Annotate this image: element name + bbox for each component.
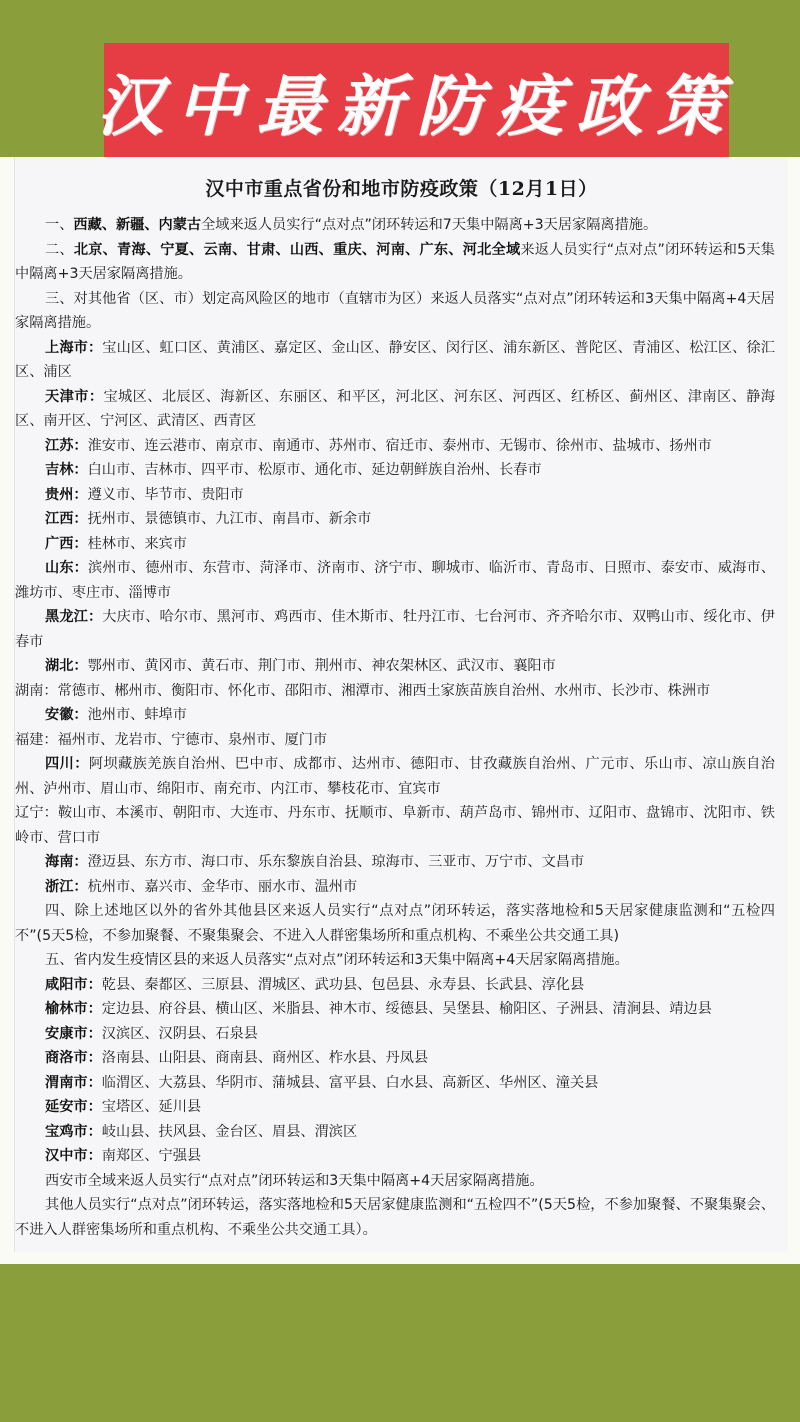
region-label: 汉中市： <box>45 1148 102 1164</box>
document-body: 一、西藏、新疆、内蒙古全域来返人员实行“点对点”闭环转运和7天集中隔离+3天居家… <box>15 213 775 1242</box>
shaanxi-region-row: 宝鸡市：岐山县、扶风县、金台区、眉县、渭滨区 <box>15 1120 775 1145</box>
item-regions: 北京、青海、宁夏、云南、甘肃、山西、重庆、河南、广东、河北全域 <box>74 242 521 258</box>
region-label: 海南： <box>45 854 88 870</box>
region-label: 商洛市： <box>45 1050 102 1066</box>
document-area: 汉中市重点省份和地市防疫政策（12月1日） 一、西藏、新疆、内蒙古全域来返人员实… <box>0 157 800 1264</box>
region-label: 山东： <box>45 560 88 576</box>
title-banner: 汉中最新防疫政策 <box>104 43 729 158</box>
region-areas: 宝城区、北辰区、海新区、东丽区、和平区，河北区、河东区、河西区、红桥区、蓟州区、… <box>15 389 775 430</box>
region-areas: 洛南县、山阳县、商南县、商州区、柞水县、丹凤县 <box>102 1050 428 1066</box>
region-label: 宝鸡市： <box>45 1124 102 1140</box>
region-areas: 福州市、龙岩市、宁德市、泉州市、厦门市 <box>58 732 328 748</box>
region-areas: 澄迈县、东方市、海口市、乐东黎族自治县、琼海市、三亚市、万宁市、文昌市 <box>88 854 585 870</box>
region-label: 上海市： <box>45 340 102 356</box>
region-label: 浙江： <box>45 879 88 895</box>
bottom-background-band <box>0 1264 800 1422</box>
region-areas: 阿坝藏族羌族自治州、巴中市、成都市、达州市、德阳市、甘孜藏族自治州、广元市、乐山… <box>15 756 775 797</box>
region-row: 吉林：白山市、吉林市、四平市、松原市、通化市、延边朝鲜族自治州、长春市 <box>15 458 775 483</box>
region-areas: 汉滨区、汉阴县、石泉县 <box>102 1026 258 1042</box>
region-label: 咸阳市： <box>45 977 102 993</box>
item-text: 四、除上述地区以外的省外其他县区来返人员实行“点对点”闭环转运，落实落地检和5天… <box>15 903 775 944</box>
region-label: 贵州： <box>45 487 88 503</box>
shaanxi-region-row: 汉中市：南郑区、宁强县 <box>15 1144 775 1169</box>
item-regions: 西藏、新疆、内蒙古 <box>73 217 201 233</box>
region-label: 安徽： <box>45 707 88 723</box>
region-row: 天津市：宝城区、北辰区、海新区、东丽区、和平区，河北区、河东区、河西区、红桥区、… <box>15 385 775 434</box>
region-label: 延安市： <box>45 1099 102 1115</box>
others-note: 其他人员实行“点对点”闭环转运，落实落地检和5天居家健康监测和“五检四不”(5天… <box>15 1193 775 1242</box>
region-row: 海南：澄迈县、东方市、海口市、乐东黎族自治县、琼海市、三亚市、万宁市、文昌市 <box>15 850 775 875</box>
region-label: 四川： <box>45 756 89 772</box>
region-areas: 滨州市、德州市、东营市、菏泽市、济南市、济宁市、聊城市、临沂市、青岛市、日照市、… <box>15 560 775 601</box>
policy-item-5: 五、省内发生疫情区县的来返人员落实“点对点”闭环转运和3天集中隔离+4天居家隔离… <box>15 948 775 973</box>
item-prefix: 二、 <box>45 242 74 258</box>
region-label: 湖南： <box>15 683 58 699</box>
policy-item-3: 三、对其他省（区、市）划定高风险区的地市（直辖市为区）来返人员落实“点对点”闭环… <box>15 287 775 336</box>
note-text: 其他人员实行“点对点”闭环转运，落实落地检和5天居家健康监测和“五检四不”(5天… <box>15 1197 775 1238</box>
region-areas: 鞍山市、本溪市、朝阳市、大连市、丹东市、抚顺市、阜新市、葫芦岛市、锦州市、辽阳市… <box>15 805 775 846</box>
region-label: 吉林： <box>45 462 88 478</box>
region-areas: 杭州市、嘉兴市、金华市、丽水市、温州市 <box>88 879 358 895</box>
region-label: 黑龙江： <box>45 609 102 625</box>
region-label: 辽宁： <box>15 805 58 821</box>
document-panel: 汉中市重点省份和地市防疫政策（12月1日） 一、西藏、新疆、内蒙古全域来返人员实… <box>14 157 788 1252</box>
region-areas: 淮安市、连云港市、南京市、南通市、苏州市、宿迁市、泰州市、无锡市、徐州市、盐城市… <box>88 438 712 454</box>
item-text: 五、省内发生疫情区县的来返人员落实“点对点”闭环转运和3天集中隔离+4天居家隔离… <box>45 952 629 968</box>
region-row: 湖北：鄂州市、黄冈市、黄石市、荆门市、荆州市、神农架林区、武汉市、襄阳市 <box>15 654 775 679</box>
shaanxi-region-row: 安康市：汉滨区、汉阴县、石泉县 <box>15 1022 775 1047</box>
policy-item-4: 四、除上述地区以外的省外其他县区来返人员实行“点对点”闭环转运，落实落地检和5天… <box>15 899 775 948</box>
region-row: 浙江：杭州市、嘉兴市、金华市、丽水市、温州市 <box>15 875 775 900</box>
region-areas: 遵义市、毕节市、贵阳市 <box>88 487 244 503</box>
region-label: 渭南市： <box>45 1075 102 1091</box>
xian-note: 西安市全域来返人员实行“点对点”闭环转运和3天集中隔离+4天居家隔离措施。 <box>15 1169 775 1194</box>
region-row: 山东：滨州市、德州市、东营市、菏泽市、济南市、济宁市、聊城市、临沂市、青岛市、日… <box>15 556 775 605</box>
region-label: 安康市： <box>45 1026 102 1042</box>
policy-item-1: 一、西藏、新疆、内蒙古全域来返人员实行“点对点”闭环转运和7天集中隔离+3天居家… <box>15 213 775 238</box>
region-label: 江苏： <box>45 438 88 454</box>
region-areas: 白山市、吉林市、四平市、松原市、通化市、延边朝鲜族自治州、长春市 <box>88 462 542 478</box>
region-areas: 定边县、府谷县、横山区、米脂县、神木市、绥德县、吴堡县、榆阳区、子洲县、清涧县、… <box>102 1001 712 1017</box>
region-areas: 常德市、郴州市、衡阳市、怀化市、邵阳市、湘潭市、湘西土家族苗族自治州、水州市、长… <box>58 683 711 699</box>
region-label: 福建： <box>15 732 58 748</box>
region-label: 湖北： <box>45 658 88 674</box>
region-areas: 岐山县、扶风县、金台区、眉县、渭滨区 <box>102 1124 357 1140</box>
region-label: 天津市： <box>45 389 103 405</box>
region-row: 上海市：宝山区、虹口区、黄浦区、嘉定区、金山区、静安区、闵行区、浦东新区、普陀区… <box>15 336 775 385</box>
region-row: 安徽：池州市、蚌埠市 <box>15 703 775 728</box>
region-areas: 抚州市、景德镇市、九江市、南昌市、新余市 <box>88 511 372 527</box>
region-label: 广西： <box>45 536 88 552</box>
region-label: 榆林市： <box>45 1001 102 1017</box>
shaanxi-region-row: 咸阳市：乾县、秦都区、三原县、渭城区、武功县、包邑县、永寿县、长武县、淳化县 <box>15 973 775 998</box>
region-areas: 桂林市、来宾市 <box>88 536 187 552</box>
note-text: 西安市全域来返人员实行“点对点”闭环转运和3天集中隔离+4天居家隔离措施。 <box>45 1173 544 1189</box>
region-row: 四川：阿坝藏族羌族自治州、巴中市、成都市、达州市、德阳市、甘孜藏族自治州、广元市… <box>15 752 775 801</box>
region-row: 辽宁：鞍山市、本溪市、朝阳市、大连市、丹东市、抚顺市、阜新市、葫芦岛市、锦州市、… <box>15 801 775 850</box>
region-row: 福建：福州市、龙岩市、宁德市、泉州市、厦门市 <box>15 728 775 753</box>
region-areas: 宝山区、虹口区、黄浦区、嘉定区、金山区、静安区、闵行区、浦东新区、普陀区、青浦区… <box>15 340 775 381</box>
region-label: 江西： <box>45 511 88 527</box>
region-areas: 大庆市、哈尔市、黑河市、鸡西市、佳木斯市、牡丹江市、七台河市、齐齐哈尔市、双鸭山… <box>15 609 775 650</box>
region-areas: 临渭区、大荔县、华阴市、蒲城县、富平县、白水县、高新区、华州区、潼关县 <box>102 1075 599 1091</box>
shaanxi-region-row: 渭南市：临渭区、大荔县、华阴市、蒲城县、富平县、白水县、高新区、华州区、潼关县 <box>15 1071 775 1096</box>
banner-title: 汉中最新防疫政策 <box>97 53 737 148</box>
item-text: 三、对其他省（区、市）划定高风险区的地市（直辖市为区）来返人员落实“点对点”闭环… <box>15 291 775 332</box>
item-prefix: 一、 <box>45 217 73 233</box>
region-row: 江苏：淮安市、连云港市、南京市、南通市、苏州市、宿迁市、泰州市、无锡市、徐州市、… <box>15 434 775 459</box>
shaanxi-region-row: 商洛市：洛南县、山阳县、商南县、商州区、柞水县、丹凤县 <box>15 1046 775 1071</box>
region-areas: 宝塔区、延川县 <box>102 1099 201 1115</box>
region-areas: 南郑区、宁强县 <box>102 1148 201 1164</box>
region-row: 湖南：常德市、郴州市、衡阳市、怀化市、邵阳市、湘潭市、湘西土家族苗族自治州、水州… <box>15 679 775 704</box>
shaanxi-region-row: 榆林市：定边县、府谷县、横山区、米脂县、神木市、绥德县、吴堡县、榆阳区、子洲县、… <box>15 997 775 1022</box>
region-row: 江西：抚州市、景德镇市、九江市、南昌市、新余市 <box>15 507 775 532</box>
item-text: 全域来返人员实行“点对点”闭环转运和7天集中隔离+3天居家隔离措施。 <box>201 217 657 233</box>
region-areas: 池州市、蚌埠市 <box>88 707 187 723</box>
region-row: 黑龙江：大庆市、哈尔市、黑河市、鸡西市、佳木斯市、牡丹江市、七台河市、齐齐哈尔市… <box>15 605 775 654</box>
region-row: 广西：桂林市、来宾市 <box>15 532 775 557</box>
region-areas: 鄂州市、黄冈市、黄石市、荆门市、荆州市、神农架林区、武汉市、襄阳市 <box>88 658 556 674</box>
policy-item-2: 二、北京、青海、宁夏、云南、甘肃、山西、重庆、河南、广东、河北全域来返人员实行“… <box>15 238 775 287</box>
shaanxi-region-row: 延安市：宝塔区、延川县 <box>15 1095 775 1120</box>
document-title: 汉中市重点省份和地市防疫政策（12月1日） <box>15 174 788 201</box>
region-row: 贵州：遵义市、毕节市、贵阳市 <box>15 483 775 508</box>
region-areas: 乾县、秦都区、三原县、渭城区、武功县、包邑县、永寿县、长武县、淳化县 <box>102 977 584 993</box>
